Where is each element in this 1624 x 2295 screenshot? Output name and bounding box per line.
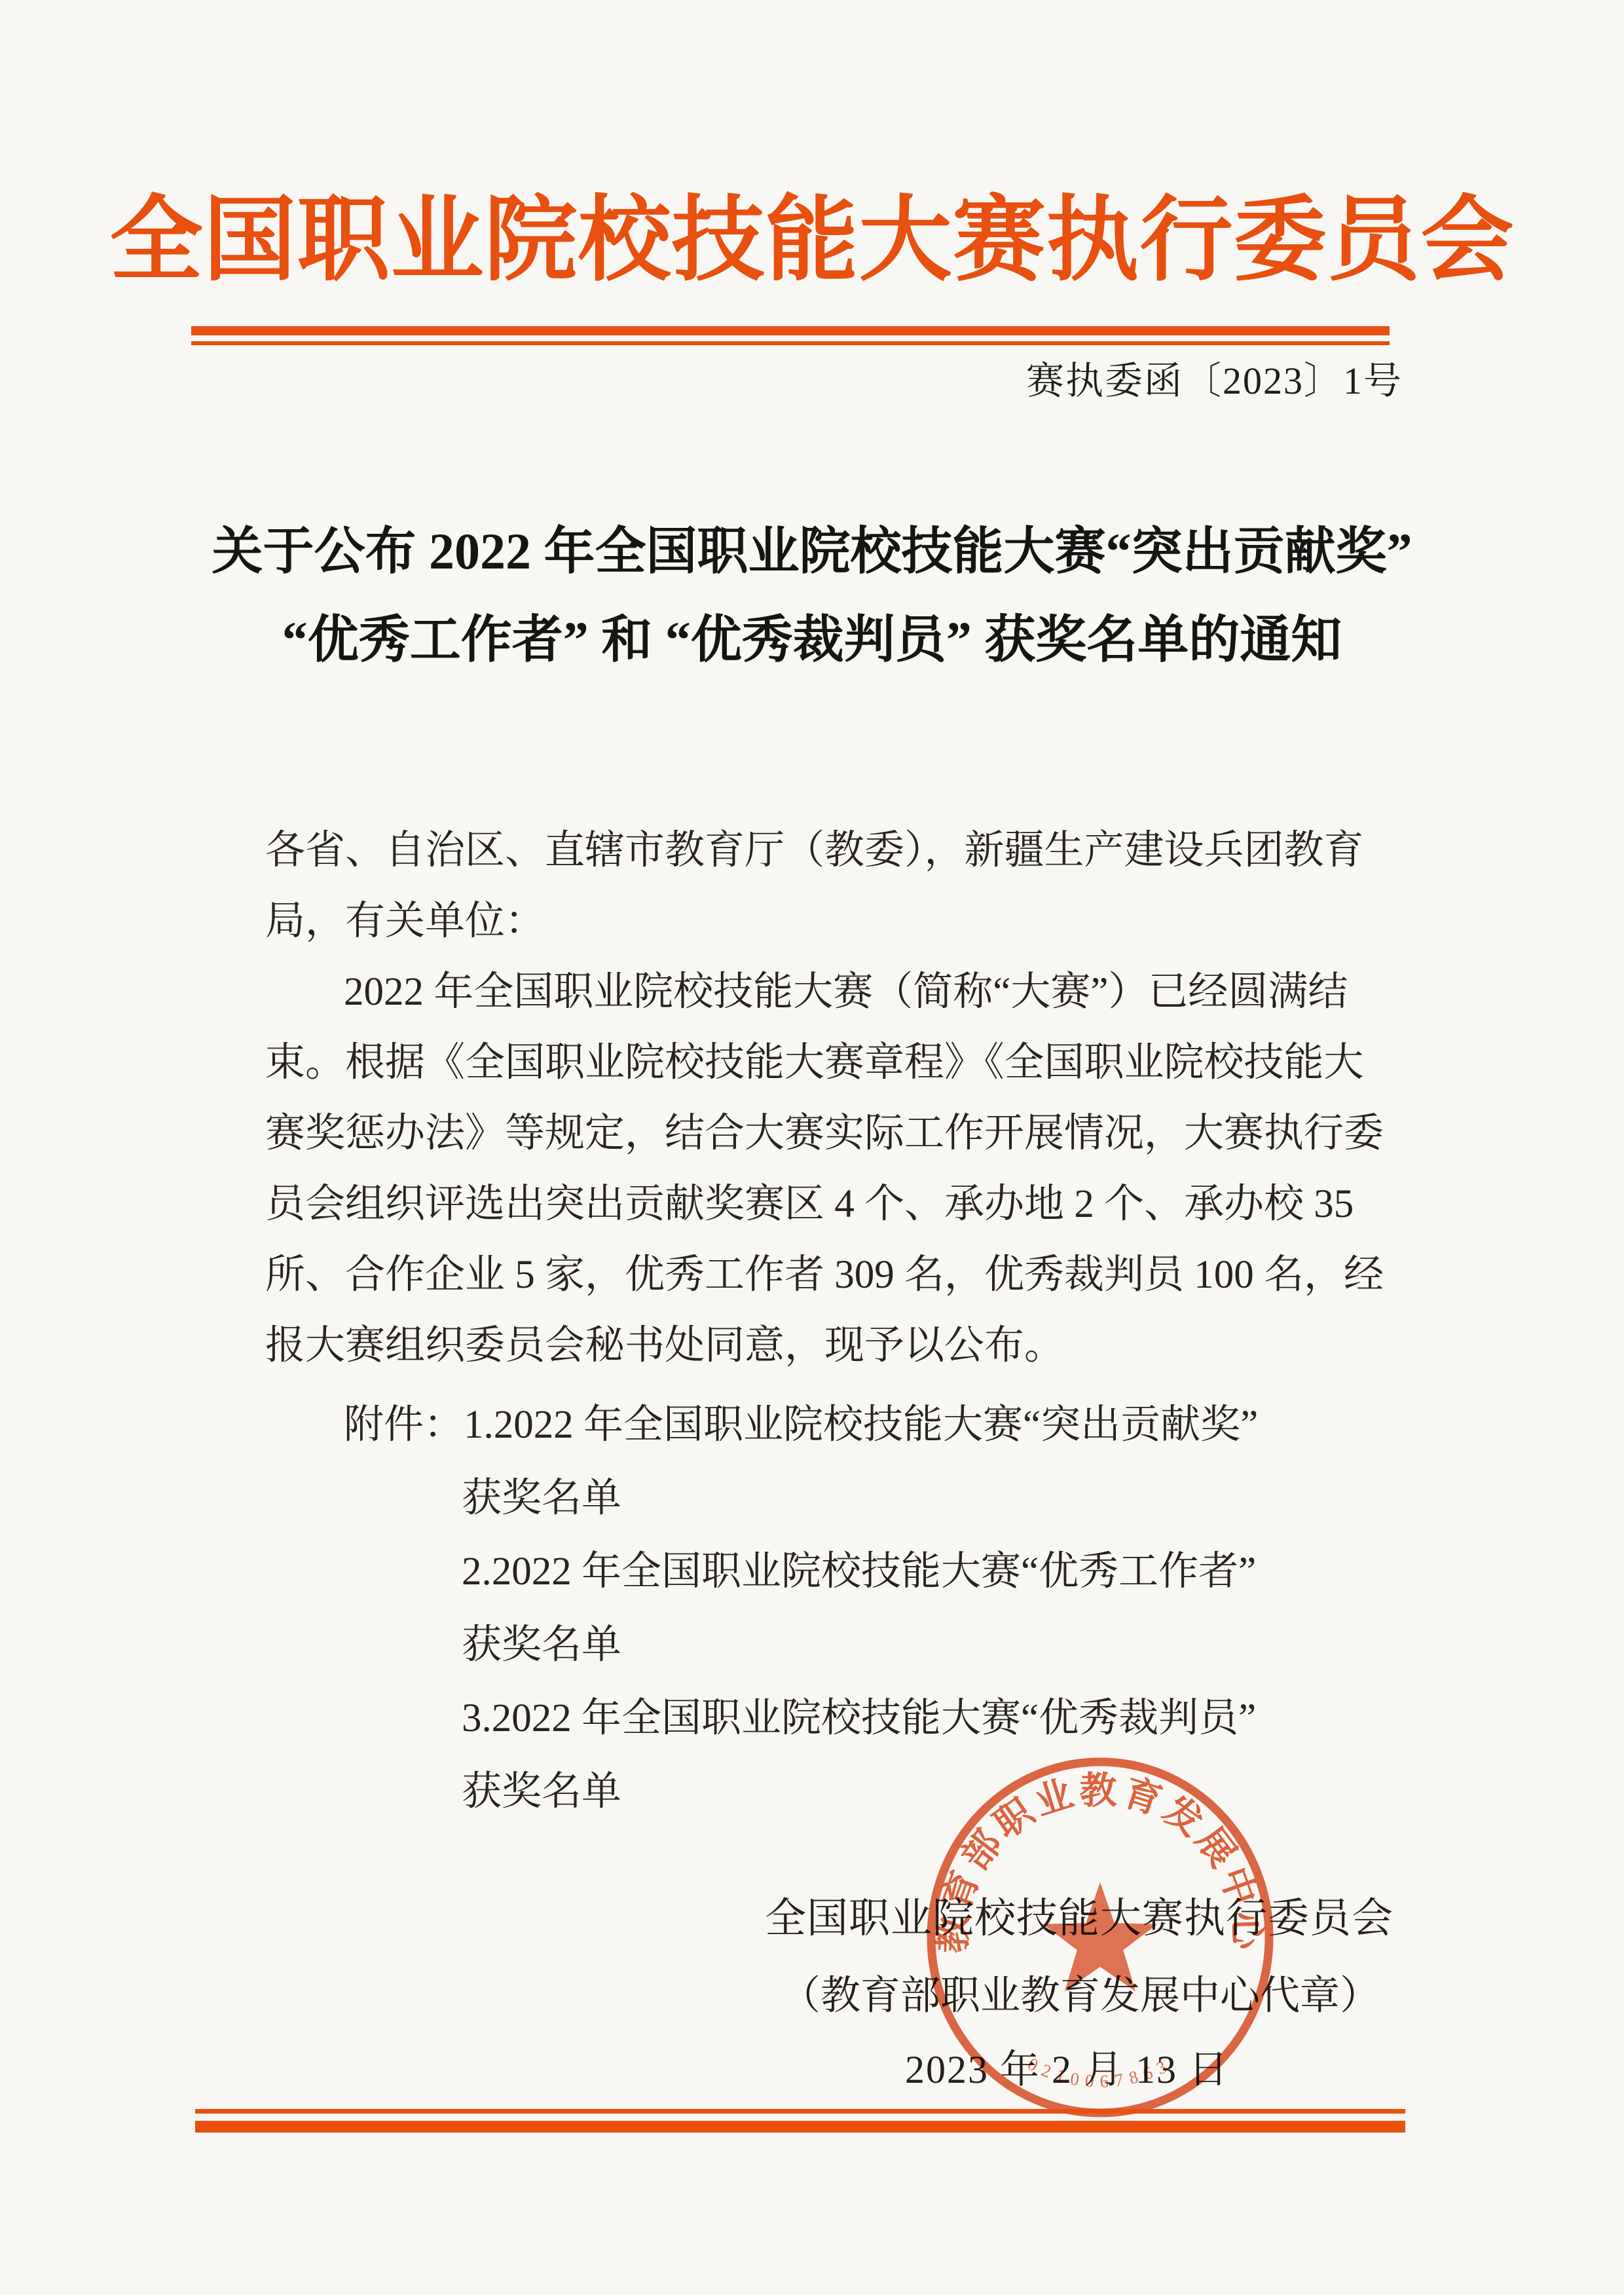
- document-page: 全国职业院校技能大赛执行委员会 赛执委函〔2023〕1号 关于公布 2022 年…: [0, 0, 1624, 2295]
- body-line-salutation-2: 局，有关单位：: [265, 901, 545, 941]
- body-line-paragraph-1: 2022 年全国职业院校技能大赛（简称“大赛”）已经圆满结: [344, 972, 1348, 1012]
- body-line-paragraph-5: 所、合作企业 5 家，优秀工作者 309 名，优秀裁判员 100 名，经: [265, 1255, 1384, 1295]
- body-line-paragraph-6: 报大赛组织委员会秘书处同意，现予以公布。: [265, 1326, 1064, 1366]
- seal-serial-number: 0210067863: [1025, 2054, 1176, 2091]
- notice-title-line2: “优秀工作者” 和 “优秀裁判员” 获奖名单的通知: [0, 599, 1624, 672]
- footer-rule-thin: [195, 2109, 1405, 2114]
- body-line-paragraph-2: 束。根据《全国职业院校技能大赛章程》《全国职业院校技能大: [265, 1043, 1364, 1083]
- document-number: 赛执委函〔2023〕1号: [1026, 350, 1403, 405]
- attachment-item-2-continuation: 获奖名单: [462, 1625, 621, 1665]
- body-line-paragraph-4: 员会组织评选出突出贡献奖赛区 4 个、承办地 2 个、承办校 35: [265, 1184, 1354, 1224]
- letterhead-title: 全国职业院校技能大赛执行委员会: [0, 185, 1624, 296]
- letterhead-rule-thin: [191, 341, 1390, 345]
- seal-serial-holder: 0210067863: [1025, 2054, 1176, 2091]
- attachment-item-2-title: 2.2022 年全国职业院校技能大赛“优秀工作者”: [462, 1552, 1256, 1592]
- attachment-label: 附件：: [344, 1403, 464, 1447]
- footer-rule-thick: [195, 2121, 1405, 2133]
- seal-star-icon: [1043, 1882, 1158, 1991]
- notice-title-line1: 关于公布 2022 年全国职业院校技能大赛“突出贡献奖”: [0, 510, 1624, 584]
- body-line-paragraph-3: 赛奖惩办法》等规定，结合大赛实际工作开展情况，大赛执行委: [265, 1113, 1384, 1153]
- attachment-item-1-title: 1.2022 年全国职业院校技能大赛“突出贡献奖”: [464, 1403, 1258, 1447]
- attachment-line-1: 附件：1.2022 年全国职业院校技能大赛“突出贡献奖”: [344, 1405, 1258, 1445]
- attachment-item-1-continuation: 获奖名单: [462, 1478, 621, 1518]
- attachment-item-3-continuation: 获奖名单: [462, 1772, 621, 1812]
- attachment-item-3-title: 3.2022 年全国职业院校技能大赛“优秀裁判员”: [462, 1698, 1256, 1738]
- body-line-salutation-1: 各省、自治区、直辖市教育厅（教委），新疆生产建设兵团教育: [265, 830, 1364, 870]
- official-seal: 教育部职业教育发展中心 0210067863: [904, 1734, 1297, 2140]
- letterhead-rule-thick: [191, 326, 1390, 335]
